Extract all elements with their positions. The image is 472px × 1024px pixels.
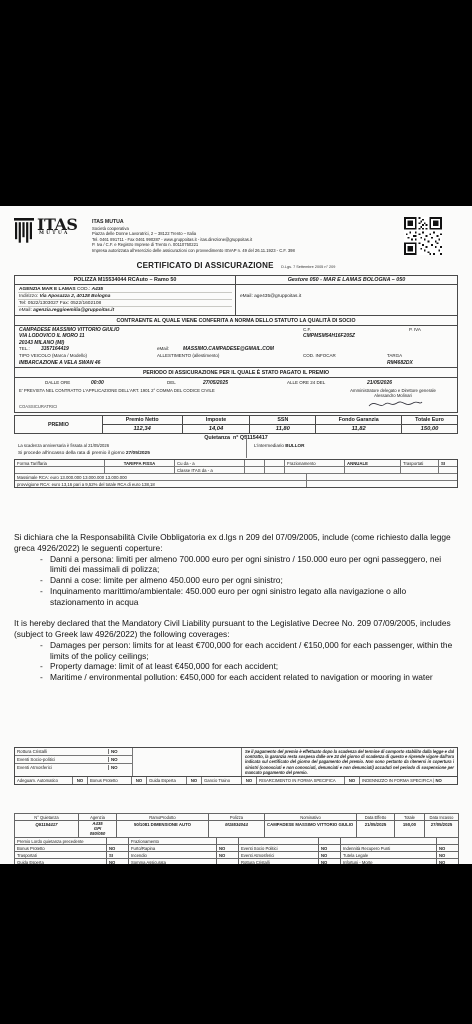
detail-value <box>319 838 341 845</box>
vehicle-type-label: TIPO VEICOLO (Marca / Modello) <box>19 353 87 358</box>
declaration-en-intro: It is hereby declared that the Mandatory… <box>14 618 458 640</box>
trasportati-label: Trasportati <box>401 460 439 466</box>
riepilogo-data-row: Q51154417 A435 GPI 050/050 50/1081 DIMEN… <box>15 821 459 838</box>
riepilogo-header-cell: Agenzia <box>79 814 117 821</box>
premio-header-row: PREMIO Premio Netto Imposte SSN Fondo Ga… <box>15 416 458 425</box>
title-row: CERTIFICATO DI ASSICURAZIONE D.Lgs. 7 Se… <box>14 255 458 273</box>
garanzie-bottom-value: NO <box>132 777 147 784</box>
bullet-item: Damages per person: limits for at least … <box>40 640 458 662</box>
agency-address-line: Indirizzo: Via Aposazza 2, 40128 Bologna <box>18 293 232 300</box>
detail-label: Rottura Cristalli <box>239 859 319 864</box>
premio-header: SSN <box>250 416 316 425</box>
detail-value <box>437 838 459 845</box>
premio-value: 14,04 <box>182 425 250 434</box>
detail-value: NO <box>437 845 459 852</box>
qr-code-icon <box>404 217 442 255</box>
periodo-block: DALLE ORE 00:00 DEL 27/05/2025 ALLE ORE … <box>15 377 457 412</box>
detail-row: Premio Lordo quietanza precedente Frazio… <box>15 838 459 845</box>
cf-label: C.F. <box>303 327 311 332</box>
frazionamento-label: Frazionamento <box>285 460 345 466</box>
agency-phone-line: Tel: 0522/1303027 Fax: 0522/1602108 <box>18 300 232 307</box>
bullet-item: Danni a cose: limite per almeno 450.000 … <box>40 575 458 586</box>
forma-tariffaria-label: Forma Tariffaria <box>15 460 105 466</box>
declaration-it: Si dichiara che la Responsabilità Civile… <box>14 532 458 607</box>
empty-cell <box>245 467 265 473</box>
garanzie-bottom-value: NO <box>345 777 360 784</box>
empty-cell <box>265 467 285 473</box>
contraente-address: VIA LODOVICO IL MORO 11 <box>19 333 84 339</box>
riepilogo-header-row: N° Quietanza Agenzia RamoProdotto Polizz… <box>15 814 459 821</box>
garanzia-row: Rottura CristalliNO <box>15 748 132 756</box>
declaration-en-list: Damages per person: limits for at least … <box>14 640 458 683</box>
piva-label: P. IVA <box>409 327 421 332</box>
bullet-item: Maritime / environmental pollution: €450… <box>40 672 458 683</box>
signature-icon <box>367 397 423 410</box>
premio-value: 150,00 <box>402 425 458 434</box>
detail-value: NO <box>107 845 129 852</box>
detail-label: Bonus Protetto <box>15 845 107 852</box>
del-date: 27/05/2025 <box>203 380 228 386</box>
dalle-ore-label: DALLE ORE <box>45 380 70 385</box>
riepilogo-header-cell: Nominativo <box>265 814 357 821</box>
declaration-it-intro: Si dichiara che la Responsabilità Civile… <box>14 532 458 554</box>
intermediario-note: L'intermediario BULLOR <box>254 443 304 448</box>
empty-cell <box>133 748 241 777</box>
premio-row-label: PREMIO <box>15 416 103 434</box>
legal-suspension-text: Se il pagamento del premio è effettuato … <box>241 748 457 777</box>
frazionamento-value: ANNUALE <box>345 460 401 466</box>
detail-label: Furto/Rapina <box>129 845 217 852</box>
detail-label: Infortuni - Morte <box>341 859 437 864</box>
company-info: ITAS MUTUA Società cooperativa Piazza de… <box>92 218 295 254</box>
classe-itas-label: Classe ITAS da - a <box>175 467 245 473</box>
massimale-row: Massimale RCA: euro 13.000.000 13.000.00… <box>15 474 457 481</box>
riepilogo-agenzia: A435 GPI 050/050 <box>79 821 117 838</box>
garanzie-bottom-label: Adeguam. Automatico <box>15 777 73 784</box>
coassicuratrici-label: COASSICURATRICI <box>19 404 57 409</box>
document-header: ITAS MUTUA ITAS MUTUA Società cooperativ… <box>14 218 458 254</box>
agency-block: AGENZIA MAR E LAMAS COD.: A435 Indirizzo… <box>15 285 236 315</box>
garanzie-bottom-label: Guida Esperta <box>147 777 187 784</box>
detail-value: NO <box>217 852 239 859</box>
premio-table: PREMIO Premio Netto Imposte SSN Fondo Ga… <box>14 415 458 434</box>
gestore-email-line: eMail: age435@gruppoitas.it <box>236 285 457 315</box>
riepilogo-detail-table: Premio Lordo quietanza precedente Frazio… <box>14 837 459 864</box>
garanzie-bottom-label: Bonus Protetto <box>88 777 132 784</box>
policy-row: POLIZZA M15534044 RCAuto – Ramo 50 Gesto… <box>15 276 457 284</box>
tariffa-row: Classe ITAS da - a <box>15 467 457 474</box>
phone-screen: { "company": { "logo_acronym": "ITAS", "… <box>0 0 472 1024</box>
premio-header: Totale Euro <box>402 416 458 425</box>
detail-value: NO <box>319 859 341 864</box>
detail-row: Guida EspertaNO Somma Assicurata Rottura… <box>15 859 459 864</box>
vehicle-value: IMBARCAZIONE A VELA SWAN 46 <box>19 360 100 366</box>
empty-cell <box>439 467 459 473</box>
del-label: DEL <box>167 380 176 385</box>
garanzie-list: Rottura CristalliNO Eventi Socio-politic… <box>15 748 133 777</box>
premio-header: Fondo Garanzia <box>316 416 402 425</box>
riepilogo-section: N° Quietanza Agenzia RamoProdotto Polizz… <box>14 813 458 864</box>
empty-cell <box>285 467 345 473</box>
detail-label: Eventi Socio Politici <box>239 845 319 852</box>
detail-label: Frazionamento <box>129 838 217 845</box>
detail-value <box>217 859 239 864</box>
riepilogo-header-cell: Polizza <box>209 814 265 821</box>
bullet-item: Danni a persona: limiti per almeno 700.0… <box>40 554 458 576</box>
contraente-block: CAMPADESE MASSIMO VITTORIO GIULIO C.F. P… <box>15 325 457 367</box>
detail-label: Indennità Recupero Punti <box>341 845 437 852</box>
premio-header: Premio Netto <box>102 416 182 425</box>
allestimento-label: ALLESTIMENTO (allestimento) <box>157 353 219 358</box>
detail-label: Guida Esperta <box>15 859 107 864</box>
empty-cell <box>245 460 265 466</box>
riepilogo-table: N° Quietanza Agenzia RamoProdotto Polizz… <box>14 813 459 838</box>
trasportati-value: SI <box>439 460 459 466</box>
detail-label: Eventi Atmosferici <box>239 852 319 859</box>
empty-cell <box>105 467 175 473</box>
detail-value: NO <box>437 859 459 864</box>
garanzie-bottom-value: NO <box>187 777 202 784</box>
divider-line <box>246 435 247 458</box>
garanzie-top: Rottura CristalliNO Eventi Socio-politic… <box>15 748 457 777</box>
garanzie-bottom-value: NO <box>242 777 257 784</box>
itas-emblem-icon <box>14 218 34 243</box>
alle-date: 21/05/2026 <box>367 380 392 386</box>
declaration-it-list: Danni a persona: limiti per almeno 700.0… <box>14 554 458 608</box>
itas-logo: ITAS MUTUA <box>14 218 92 254</box>
riepilogo-header-cell: RamoProdotto <box>117 814 209 821</box>
tel-label: TEL.: <box>19 346 30 351</box>
tel-value: 3357164419 <box>41 346 69 352</box>
company-name: ITAS MUTUA <box>92 219 295 226</box>
riepilogo-data-incasso: 27/05/2025 <box>425 821 459 838</box>
contraente-cf: CMPMSM54H16F205Z <box>303 333 355 339</box>
detail-label: Tutela Legale <box>341 852 437 859</box>
detail-label: Incendio <box>129 852 217 859</box>
detail-label <box>341 838 437 845</box>
art-1901-note: E' PREVISTA NEL CONTRATTO L'APPLICAZIONE… <box>19 388 215 393</box>
riepilogo-header-cell: Data Incasso <box>425 814 459 821</box>
cu-label: Cu da - a <box>175 460 245 466</box>
targa-label: TARGA <box>387 353 402 358</box>
email-label: eMail: <box>157 346 169 351</box>
empty-cell <box>401 467 439 473</box>
bullet-item: Inquinamento marittimo/ambientale: 450.0… <box>40 586 458 608</box>
quietanza-line: Quietanza n° Q51154417 <box>14 435 458 441</box>
detail-value: NO <box>319 852 341 859</box>
garanzia-row: Eventi Socio-politiciNO <box>15 756 132 764</box>
scadenza-note: La scadenza anniversaria è fissata al 21… <box>18 443 109 448</box>
detail-value <box>217 838 239 845</box>
alle-ore-label: ALLE ORE 24 DEL <box>287 380 325 385</box>
premio-value: 11,82 <box>316 425 402 434</box>
agency-email-line: eMail: agenzia.reggioemilia@gruppoitas.i… <box>18 307 232 313</box>
periodo-band: PERIODO DI ASSICURAZIONE PER IL QUALE È … <box>15 367 457 377</box>
empty-cell <box>15 467 105 473</box>
detail-row: TrasportatiSI IncendioNO Eventi Atmosfer… <box>15 852 459 859</box>
dalle-ore-value: 00:00 <box>91 380 104 386</box>
forma-tariffaria-value: TARIFFA FISSA <box>105 460 175 466</box>
premio-value: 112,34 <box>102 425 182 434</box>
garanzie-box: Rottura CristalliNO Eventi Socio-politic… <box>14 747 458 786</box>
targa-value: RM4682DX <box>387 360 413 366</box>
logo-wordmark: ITAS MUTUA <box>37 218 77 254</box>
certificate-title: CERTIFICATO DI ASSICURAZIONE <box>137 261 274 270</box>
riepilogo-data-effetto: 21/05/2025 <box>357 821 395 838</box>
riepilogo-quietanza: Q51154417 <box>15 821 79 838</box>
policy-gestore: Gestore 050 - MAR E LAMAS BOLOGNA – 050 <box>236 276 457 284</box>
agency-row: AGENZIA MAR E LAMAS COD.: A435 Indirizzo… <box>15 284 457 315</box>
riepilogo-header-cell: Data Effetto <box>357 814 395 821</box>
empty-cell <box>345 467 401 473</box>
policy-number: POLIZZA M15534044 RCAuto – Ramo 50 <box>15 276 236 284</box>
infocar-label: COD. INFOCAR <box>303 353 336 358</box>
garanzie-bottom-label: RISARCIMENTO IN FORMA SPECIFICA <box>257 777 345 784</box>
premio-header: Imposte <box>182 416 250 425</box>
company-line: Impresa autorizzata all'esercizio delle … <box>92 248 295 253</box>
detail-value: NO <box>107 859 129 864</box>
detail-label: Premio Lordo quietanza precedente <box>15 838 107 845</box>
quietanza-block: Quietanza n° Q51154417 La scadenza anniv… <box>14 434 458 459</box>
detail-label <box>239 838 319 845</box>
riepilogo-totale: 150,00 <box>395 821 425 838</box>
contraente-band: CONTRAENTE AL QUALE VIENE CONFERITA A NO… <box>15 315 457 325</box>
email-value: MASSIMO.CAMPADESE@GMAIL.COM <box>183 346 274 352</box>
incasso-note: Si procede all'incasso della rata di pre… <box>18 451 150 456</box>
premio-value: 11,80 <box>250 425 316 434</box>
certificate-box: POLIZZA M15534044 RCAuto – Ramo 50 Gesto… <box>14 275 458 413</box>
riepilogo-polizza: M15534044 <box>209 821 265 838</box>
empty-cell <box>265 460 285 466</box>
detail-value <box>107 838 129 845</box>
certificate-subtitle: D.Lgs. 7 Settembre 2005 n° 209 <box>281 265 335 269</box>
detail-value: NO <box>217 845 239 852</box>
detail-row: Bonus ProtettoNO Furto/RapinaNO Eventi S… <box>15 845 459 852</box>
garanzie-bottom-row: Adeguam. AutomaticoNO Bonus ProtettoNO G… <box>15 776 457 784</box>
garanzie-bottom-label: INDENNIZZO IN FORMA SPECIFICA | NO <box>360 777 457 784</box>
detail-value: SI <box>107 852 129 859</box>
agency-name-line: AGENZIA MAR E LAMAS COD.: A435 <box>18 286 232 293</box>
detail-value: NO <box>437 852 459 859</box>
tariffa-row: Forma Tariffaria TARIFFA FISSA Cu da - a… <box>15 460 457 467</box>
riepilogo-header-cell: N° Quietanza <box>15 814 79 821</box>
tariffa-table: Forma Tariffaria TARIFFA FISSA Cu da - a… <box>14 459 458 488</box>
garanzie-bottom-value: NO <box>73 777 88 784</box>
provvigione-row: provvigione RCA: euro 13,16 pari a 9,52%… <box>15 481 457 487</box>
detail-label: Somma Assicurata <box>129 859 217 864</box>
garanzie-bottom-label: Gancio Traino <box>202 777 242 784</box>
riepilogo-ramo: 50/1081 DIMENSIONE AUTO <box>117 821 209 838</box>
bullet-item: Property damage: limit of at least €450,… <box>40 661 458 672</box>
detail-value: NO <box>319 845 341 852</box>
garanzia-row: Eventi AtmosfericiNO <box>15 764 132 772</box>
document-page: ITAS MUTUA ITAS MUTUA Società cooperativ… <box>0 206 472 864</box>
riepilogo-header-cell: Totale <box>395 814 425 821</box>
declaration-en: It is hereby declared that the Mandatory… <box>14 618 458 683</box>
riepilogo-nominativo: CAMPADESE MASSIMO VITTORIO GIULIO <box>265 821 357 838</box>
detail-label: Trasportati <box>15 852 107 859</box>
